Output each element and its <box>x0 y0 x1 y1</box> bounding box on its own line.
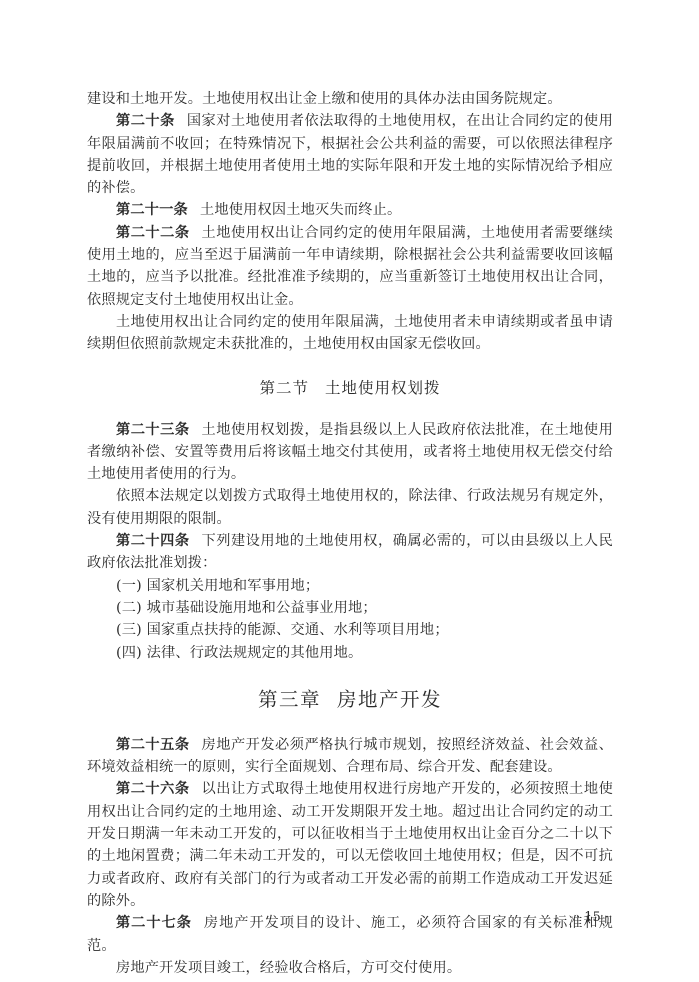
list-item: (一) 国家机关用地和军事用地； <box>87 575 613 597</box>
chapter-title: 第三章房地产开发 <box>87 684 613 712</box>
chapter-name: 房地产开发 <box>337 688 442 711</box>
article-21: 第二十一条土地使用权因土地灭失而终止。 <box>87 199 613 221</box>
article-text: 以出让方式取得土地使用权进行房地产开发的，必须按照土地使用权出让合同约定的土地用… <box>87 781 613 908</box>
article-label: 第二十六条 <box>116 781 190 797</box>
article-label: 第二十二条 <box>116 225 190 241</box>
chapter-number: 第三章 <box>258 688 321 711</box>
paragraph: 土地使用权出让合同约定的使用年限届满，土地使用者未申请续期或者虽申请续期但依照前… <box>87 311 613 356</box>
article-label: 第二十一条 <box>116 202 188 218</box>
paragraph-continuation: 建设和土地开发。土地使用权出让金上缴和使用的具体办法由国务院规定。 <box>87 88 613 110</box>
article-24: 第二十四条下列建设用地的土地使用权，确属必需的，可以由县级以上人民政府依法批准划… <box>87 530 613 575</box>
article-25: 第二十五条房地产开发必须严格执行城市规划，按照经济效益、社会效益、环境效益相统一… <box>87 734 613 779</box>
paragraph: 房地产开发项目竣工，经验收合格后，方可交付使用。 <box>87 957 613 979</box>
article-20: 第二十条国家对土地使用者依法取得的土地使用权，在出让合同约定的使用年限届满前不收… <box>87 110 613 199</box>
list-item: (二) 城市基础设施用地和公益事业用地； <box>87 597 613 619</box>
article-text: 土地使用权因土地灭失而终止。 <box>200 202 401 218</box>
list-item: (三) 国家重点扶持的能源、交通、水利等项目用地； <box>87 619 613 641</box>
article-23: 第二十三条土地使用权划拨，是指县级以上人民政府依法批准，在土地使用者缴纳补偿、安… <box>87 419 613 486</box>
article-label: 第二十四条 <box>116 533 190 549</box>
page-number: · 15 · <box>576 910 609 925</box>
section-title: 第二节土地使用权划拨 <box>87 376 613 398</box>
paragraph: 依照本法规定以划拨方式取得土地使用权的，除法律、行政法规另有规定外，没有使用期限… <box>87 485 613 530</box>
article-27: 第二十七条房地产开发项目的设计、施工，必须符合国家的有关标准和规范。 <box>87 912 613 957</box>
article-label: 第二十七条 <box>116 915 192 931</box>
document-page: 建设和土地开发。土地使用权出让金上缴和使用的具体办法由国务院规定。 第二十条国家… <box>87 88 613 979</box>
section-number: 第二节 <box>259 379 309 397</box>
article-label: 第二十三条 <box>116 422 190 438</box>
article-label: 第二十五条 <box>116 737 190 753</box>
article-26: 第二十六条以出让方式取得土地使用权进行房地产开发的，必须按照土地使用权出让合同约… <box>87 778 613 912</box>
list-item: (四) 法律、行政法规规定的其他用地。 <box>87 642 613 664</box>
section-name: 土地使用权划拨 <box>325 379 441 397</box>
article-label: 第二十条 <box>116 113 175 129</box>
article-22: 第二十二条土地使用权出让合同约定的使用年限届满，土地使用者需要继续使用土地的，应… <box>87 222 613 311</box>
